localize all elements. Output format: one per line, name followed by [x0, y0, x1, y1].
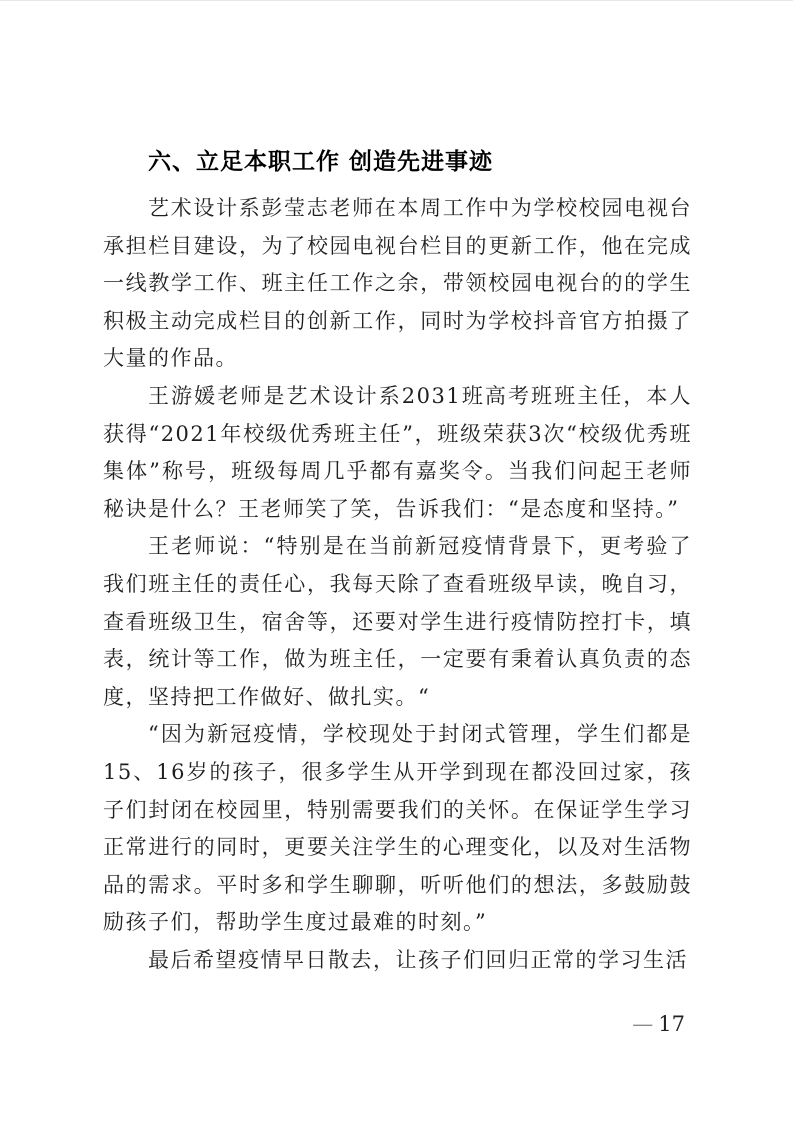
section-heading: 六、立足本职工作 创造先进事迹: [103, 147, 692, 177]
paragraph-4: “因为新冠疫情，学校现处于封闭式管理，学生们都是15、16岁的孩子，很多学生从开…: [103, 716, 692, 942]
document-content: 六、立足本职工作 创造先进事迹 艺术设计系彭莹志老师在本周工作中为学校校园电视台…: [103, 147, 692, 979]
paragraph-1: 艺术设计系彭莹志老师在本周工作中为学校校园电视台承担栏目建设，为了校园电视台栏目…: [103, 190, 692, 378]
page-number-value: 17: [658, 1012, 685, 1036]
page-number-dash: —: [632, 1012, 653, 1036]
paragraph-3: 王老师说：“特别是在当前新冠疫情背景下，更考验了我们班主任的责任心，我每天除了查…: [103, 528, 692, 716]
paragraph-5: 最后希望疫情早日散去，让孩子们回归正常的学习生活: [103, 942, 692, 980]
paragraph-2: 王游媛老师是艺术设计系2031班高考班班主任，本人获得“2021年校级优秀班主任…: [103, 378, 692, 528]
document-page: 六、立足本职工作 创造先进事迹 艺术设计系彭莹志老师在本周工作中为学校校园电视台…: [0, 0, 793, 1123]
page-number: —17: [632, 1011, 685, 1037]
